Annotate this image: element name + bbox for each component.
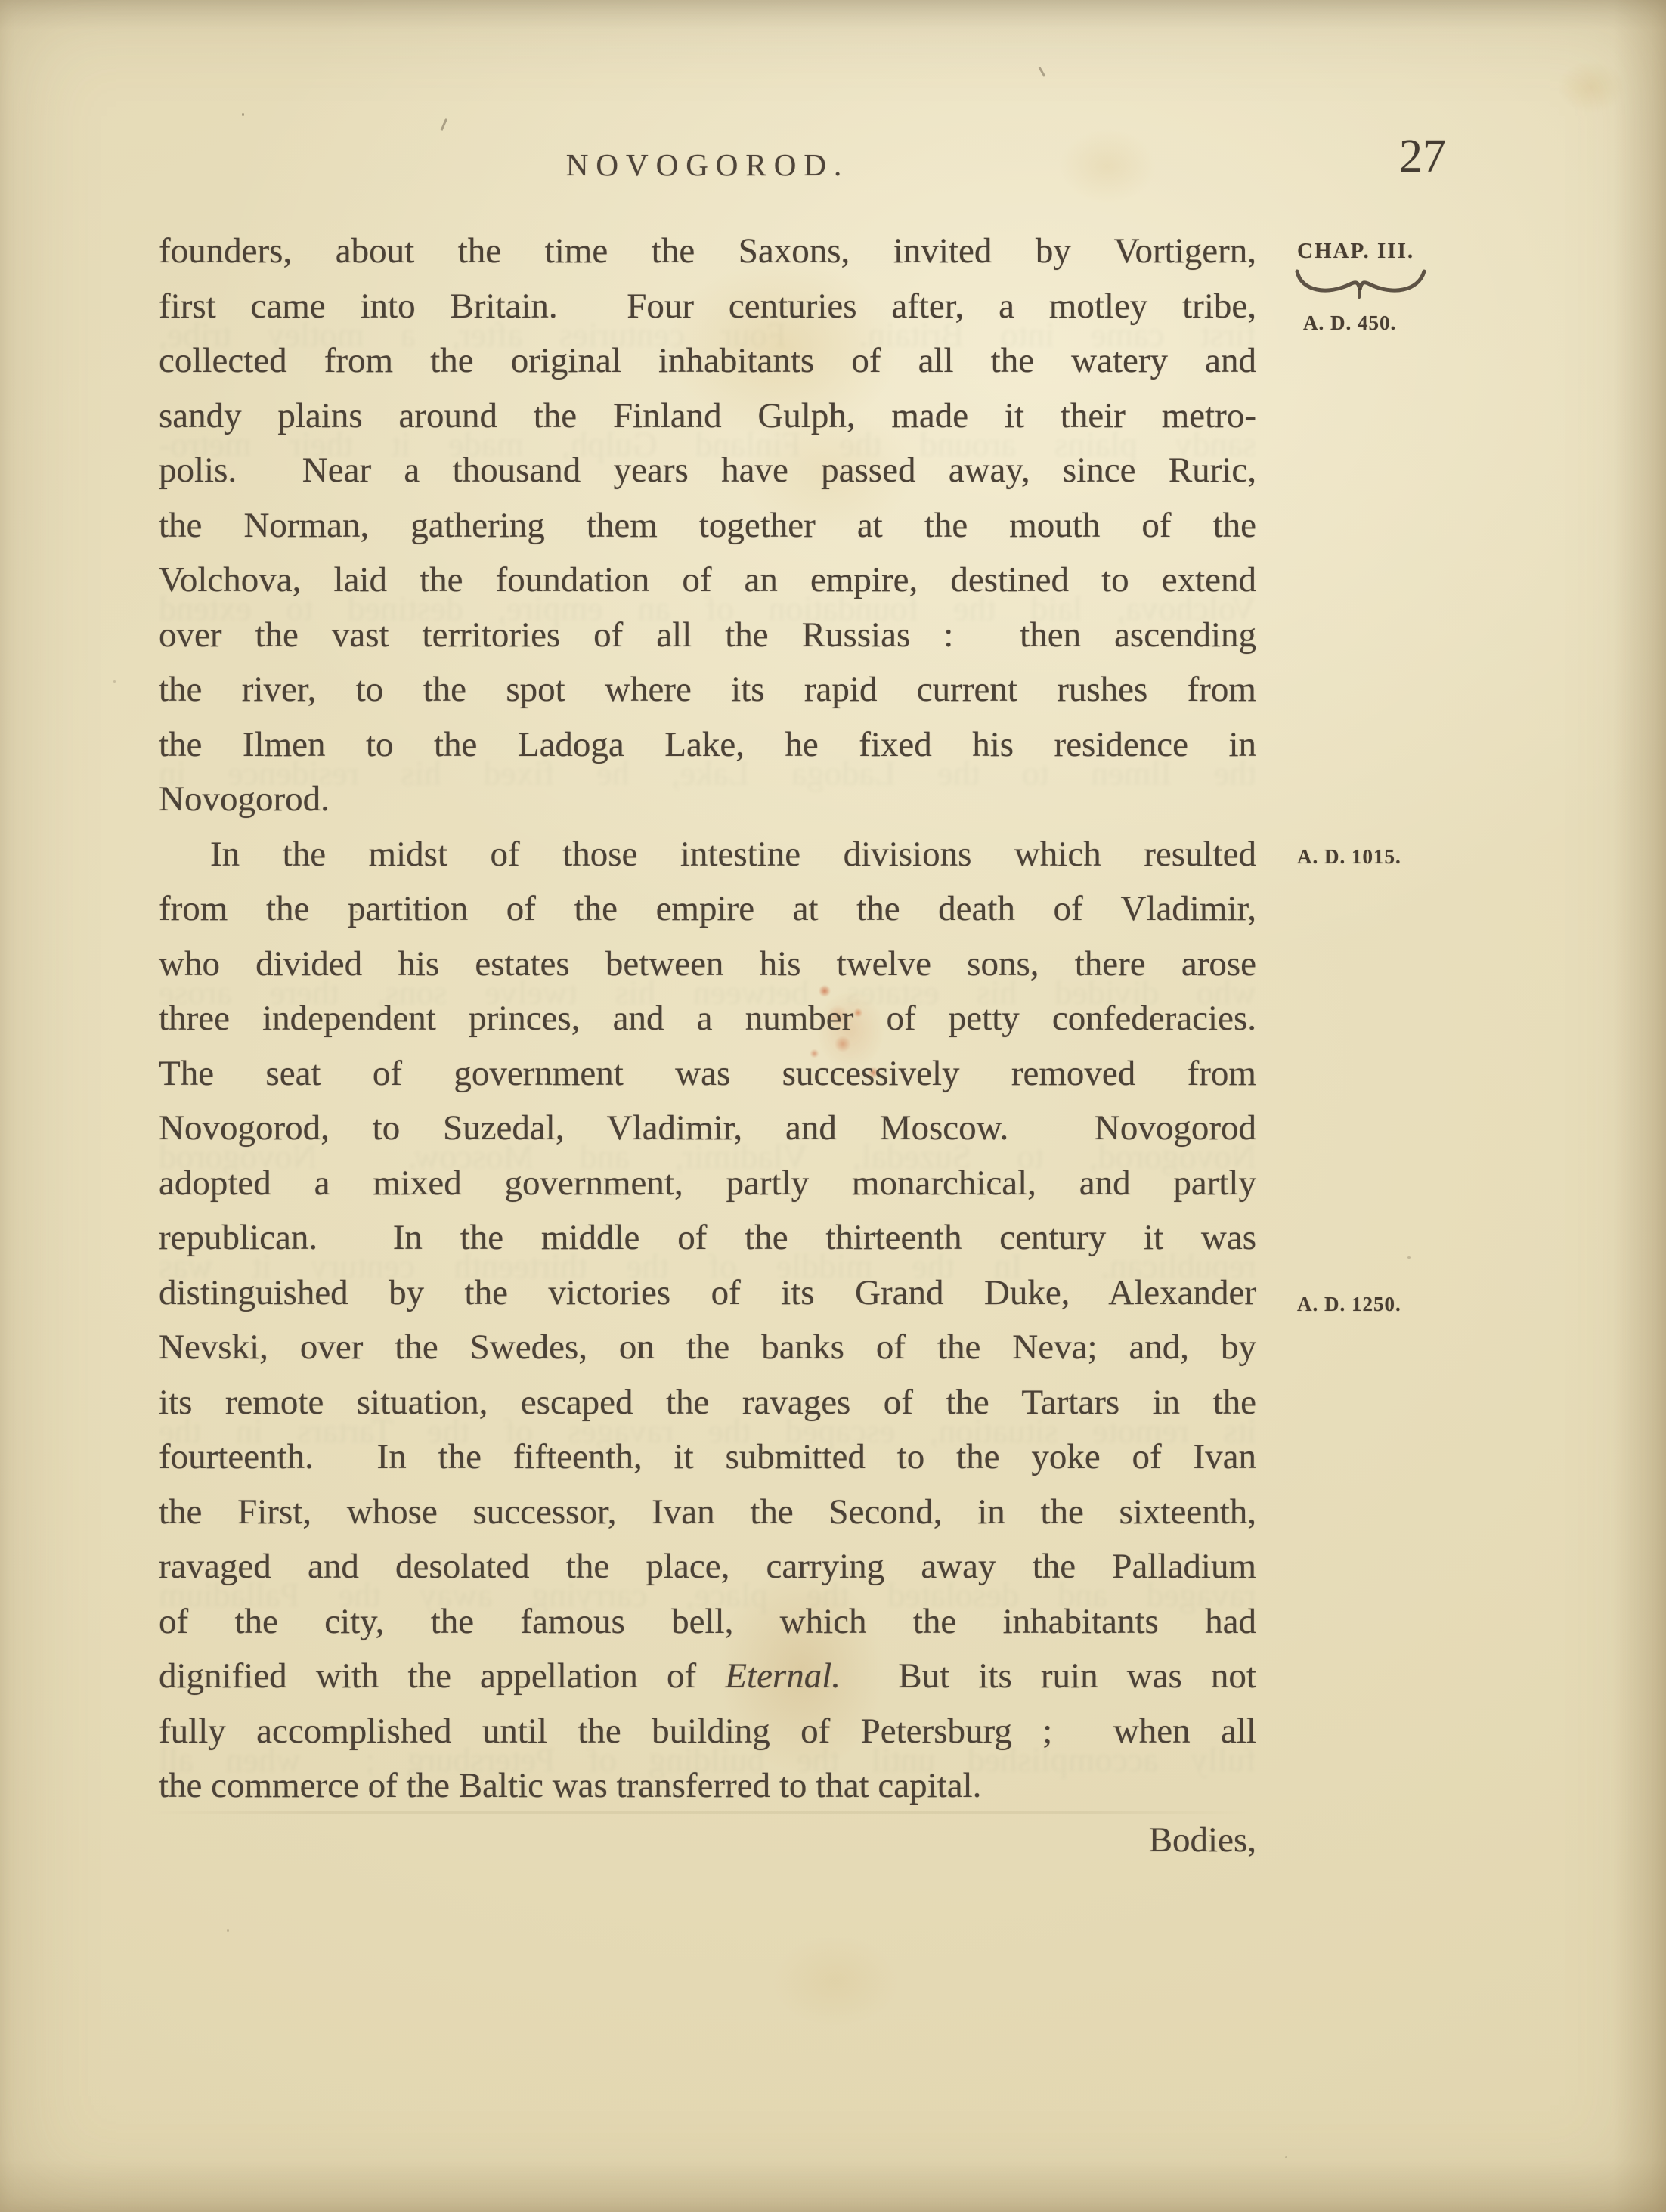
text-line: the Norman, gathering them together at t…	[159, 498, 1256, 553]
page-number: 27	[1362, 130, 1483, 184]
text-line: fully accomplished until the building of…	[159, 1704, 1256, 1759]
text-line: founders, about the time the Saxons, inv…	[159, 224, 1256, 279]
paper-speck	[1285, 2156, 1287, 2158]
page-edge-shading	[1613, 0, 1666, 2212]
text-segment: But its ruin was not	[841, 1656, 1256, 1696]
text-line: first came into Britain. Four centuries …	[159, 279, 1256, 334]
text-line: the river, to the spot where its rapid c…	[159, 662, 1256, 717]
paper-speck	[242, 113, 244, 116]
text-line: ravaged and desolated the place, carryin…	[159, 1539, 1256, 1594]
book-page: first came into Britain. Four centuries …	[0, 0, 1666, 2212]
text-line: three independent princes, and a number …	[159, 991, 1256, 1046]
text-line: from the partition of the empire at the …	[159, 881, 1256, 937]
catchword: Bodies,	[159, 1813, 1256, 1868]
text-line: The seat of government was successively …	[159, 1046, 1256, 1101]
stain-spot	[771, 1935, 900, 2026]
text-line: the Ilmen to the Ladoga Lake, he fixed h…	[159, 717, 1256, 773]
italic-word: Eternal.	[725, 1656, 841, 1696]
text-line: Novogorod.	[159, 772, 1256, 827]
text-line: the commerce of the Baltic was transferr…	[159, 1758, 1256, 1814]
text-line: sandy plains around the Finland Gulph, m…	[159, 389, 1256, 444]
text-line: adopted a mixed government, partly monar…	[159, 1156, 1256, 1211]
text-line: In the midst of those intestine division…	[159, 827, 1256, 882]
text-line: dignified with the appellation of Eterna…	[159, 1649, 1256, 1704]
text-line: collected from the original inhabitants …	[159, 333, 1256, 389]
text-line: fourteenth. In the fifteenth, it submitt…	[159, 1430, 1256, 1485]
margin-note-date: A. D. 1015.	[1297, 845, 1401, 869]
text-line: its remote situation, escaped the ravage…	[159, 1375, 1256, 1430]
text-line: who divided his estates between his twel…	[159, 937, 1256, 992]
chapter-flourish-icon	[1291, 266, 1432, 301]
page-edge-shading	[0, 0, 1666, 30]
text-line: Volchova, laid the foundation of an empi…	[159, 553, 1256, 608]
paper-speck	[113, 680, 116, 683]
margin-note-date: A. D. 1250.	[1297, 1293, 1401, 1316]
body-text: founders, about the time the Saxons, inv…	[159, 224, 1256, 1814]
text-line: republican. In the middle of the thirtee…	[159, 1210, 1256, 1266]
paper-speck	[1407, 1256, 1411, 1259]
text-line: distinguished by the victories of its Gr…	[159, 1266, 1256, 1321]
margin-note-chapter: CHAP. III.	[1297, 239, 1414, 264]
text-line: over the vast territories of all the Rus…	[159, 608, 1256, 663]
text-line: polis. Near a thousand years have passed…	[159, 443, 1256, 498]
text-line: Nevski, over the Swedes, on the banks of…	[159, 1320, 1256, 1375]
stain-spot	[1557, 60, 1625, 113]
margin-note-date: A. D. 450.	[1303, 311, 1396, 335]
text-segment: dignified with the appellation of	[159, 1656, 725, 1696]
paper-speck	[441, 118, 448, 131]
text-line: Novogorod, to Suzedal, Vladimir, and Mos…	[159, 1101, 1256, 1156]
text-line: of the city, the famous bell, which the …	[159, 1594, 1256, 1650]
paper-speck	[227, 1929, 229, 1932]
paper-speck	[1039, 67, 1046, 77]
text-line: the First, whose successor, Ivan the Sec…	[159, 1485, 1256, 1540]
running-header: NOVOGOROD.	[159, 147, 1256, 183]
page-edge-shading	[0, 2159, 1666, 2212]
